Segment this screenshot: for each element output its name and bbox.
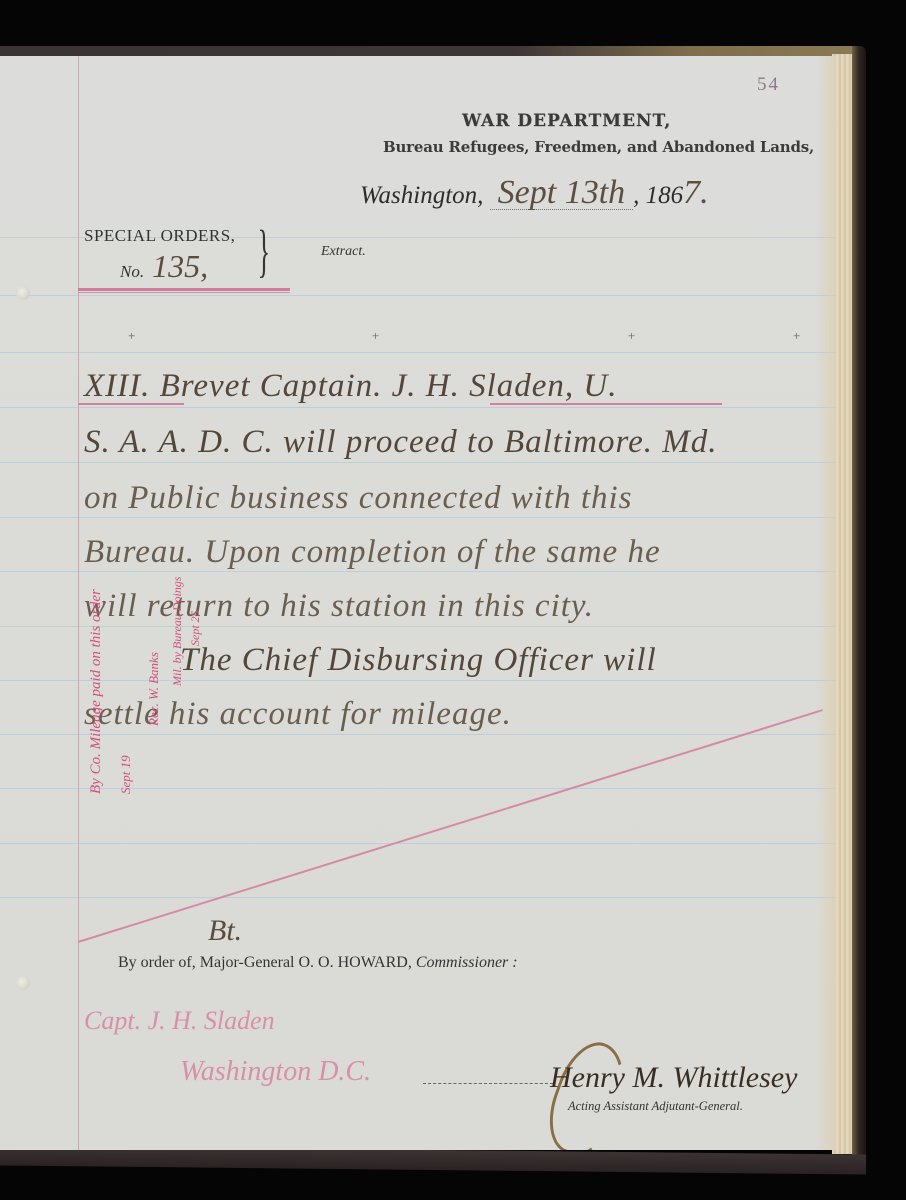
year-handwritten: 7. (683, 174, 709, 211)
signer-title: Acting Assistant Adjutant-General. (568, 1099, 743, 1114)
ruling-line (0, 352, 836, 353)
body-line-2: S. A. A. D. C. will proceed to Baltimore… (84, 424, 717, 461)
brevet-mark: Bt. (208, 914, 242, 948)
tick-mark: + (628, 328, 635, 344)
ruling-line (0, 626, 836, 627)
page-number: 54 (757, 74, 780, 96)
ruling-line (0, 843, 836, 844)
signature-dotted-line (423, 1083, 553, 1084)
body-line-5: will return to his station in this city. (84, 588, 594, 625)
margin-note-received: Rec. W. Banks (146, 652, 162, 726)
item-number-underline (78, 403, 184, 405)
dateline: Washington, Sept 13th, 1867. (360, 174, 709, 212)
place-label: Washington, (360, 182, 483, 209)
number-label: No. (120, 262, 144, 281)
order-header-underline-thin (78, 292, 290, 293)
body-line-1: XIII. Brevet Captain. J. H. Sladen, U. (84, 368, 617, 405)
tick-mark: + (793, 328, 800, 344)
ledger-page: 54 WAR DEPARTMENT, Bureau Refugees, Free… (0, 56, 836, 1150)
name-underline (490, 403, 722, 405)
extract-label: Extract. (321, 244, 366, 260)
bureau-heading: Bureau Refugees, Freedmen, and Abandoned… (383, 138, 814, 156)
punch-hole (16, 286, 30, 300)
ruling-line (0, 407, 836, 408)
margin-note-mileage: By Co. Mileage paid on this order (88, 589, 105, 794)
margin-note-date-2: Sept 25 (188, 610, 203, 646)
book-cover-right-edge (852, 46, 866, 1166)
margin-line (78, 56, 79, 1150)
brace-glyph: } (258, 222, 271, 280)
commissioner-label: Commissioner : (416, 954, 518, 971)
year-printed: 186 (646, 182, 684, 209)
tick-mark: + (372, 328, 379, 344)
order-number-line: No.135, (120, 248, 208, 285)
body-line-4: Bureau. Upon completion of the same he (84, 534, 661, 571)
ruling-line (0, 897, 836, 898)
book-cover-top-edge (0, 46, 860, 56)
tick-mark: + (128, 328, 135, 344)
ruling-line (0, 517, 836, 518)
ruling-line (0, 734, 836, 735)
body-line-3: on Public business connected with this (84, 480, 633, 517)
date-field: Sept 13th (490, 182, 633, 210)
order-number: 135, (152, 248, 208, 284)
ruling-line (0, 680, 836, 681)
by-order-line: By order of, Major-General O. O. HOWARD,… (118, 954, 518, 972)
diagonal-cancel-line (78, 709, 823, 943)
margin-note-bureau: Mil. by Bureau Doings (170, 576, 185, 686)
ruling-line (0, 295, 836, 296)
handwritten-date: Sept 13th (498, 174, 625, 211)
by-order-text: By order of, Major-General O. O. HOWARD, (118, 954, 412, 971)
signature: Henry M. Whittlesey (550, 1061, 797, 1095)
ruling-line (0, 571, 836, 572)
addressee-name: Capt. J. H. Sladen (84, 1006, 275, 1036)
addressee-place: Washington D.C. (180, 1056, 371, 1088)
ruling-line (0, 462, 836, 463)
special-orders-label: SPECIAL ORDERS, (84, 226, 235, 246)
body-line-6: The Chief Disbursing Officer will (180, 642, 657, 679)
punch-hole (16, 976, 30, 990)
margin-note-date: Sept 19 (118, 755, 134, 794)
order-header-underline (78, 288, 290, 291)
department-heading: WAR DEPARTMENT, (462, 111, 671, 131)
